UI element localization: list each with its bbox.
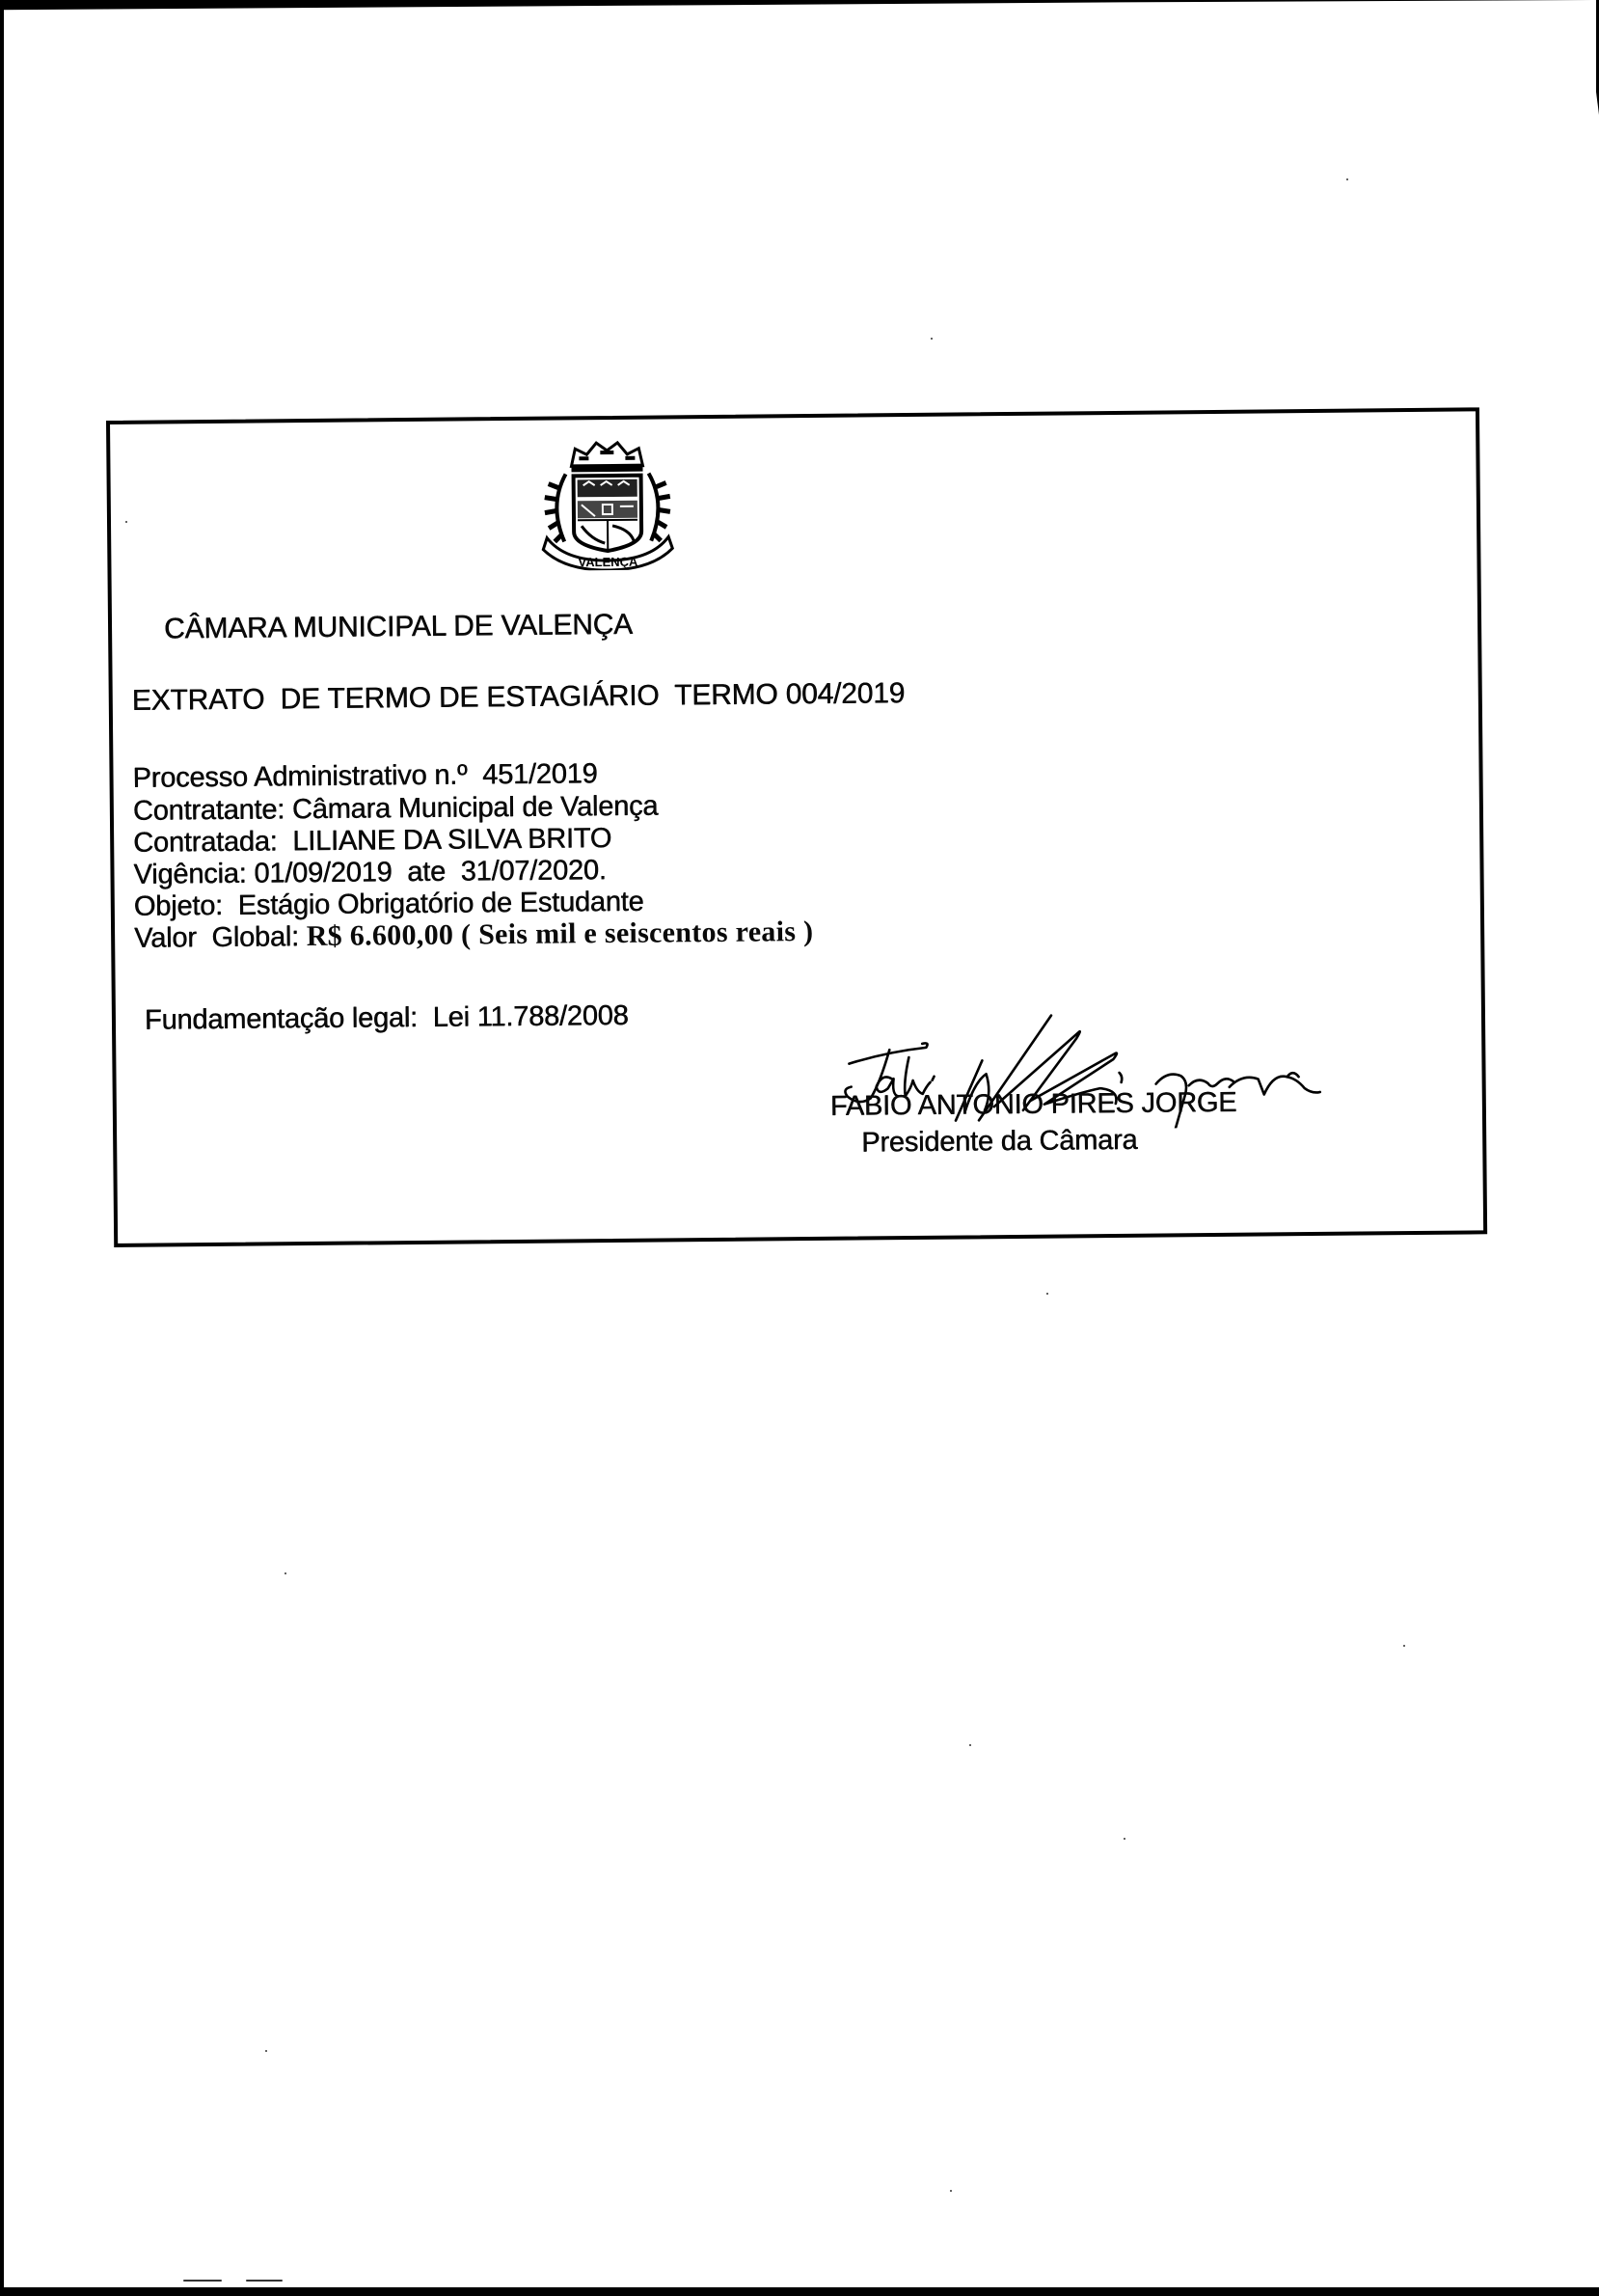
field-value: R$ 6.600,00 ( Seis mil e seiscentos reai… [307,916,814,952]
scan-speck [1124,1838,1125,1840]
field-value: LILIANE DA SILVA BRITO [292,823,611,857]
scan-speck [1403,1645,1405,1647]
field-value: 451/2019 [482,758,598,790]
extract-box: VALENÇA CÂMARA MUNICIPAL DE VALENÇA EXTR… [106,407,1487,1247]
field-contractor: Contratante: Câmara Municipal de Valença [133,793,659,826]
field-value: Estágio Obrigatório de Estudante [238,887,644,921]
scan-speck [969,1744,971,1746]
legal-basis-label: Fundamentação legal: [145,1002,418,1036]
scan-edge-top [0,0,1599,12]
scan-speck [285,1572,286,1574]
field-validity: Vigência: 01/09/2019 ate 31/07/2020. [133,857,606,889]
field-label: Valor Global: [134,921,299,954]
svg-text:VALENÇA: VALENÇA [578,555,638,570]
field-object: Objeto: Estágio Obrigatório de Estudante [134,888,644,921]
field-label: Processo Administrativo n.º [132,759,467,793]
institution-name: CÂMARA MUNICIPAL DE VALENÇA [164,611,633,644]
legal-basis: Fundamentação legal: Lei 11.788/2008 [145,1002,629,1035]
scan-speck [931,338,933,340]
scan-speck [950,2190,952,2192]
scan-speck [246,2280,283,2282]
scan-speck [1046,1293,1048,1295]
scan-edge-left [0,0,4,2296]
field-value: 01/09/2019 ate 31/07/2020. [254,855,607,889]
field-label: Objeto: [134,890,223,922]
scan-speck [1346,178,1348,180]
field-label: Contratante: [133,794,285,827]
field-value: Câmara Municipal de Valença [292,791,659,826]
signatory-role: Presidente da Câmara [861,1127,1137,1158]
valenca-coat-of-arms-icon: VALENÇA [525,436,690,571]
scan-edge-bottom [0,2287,1599,2296]
scan-speck [265,2050,267,2052]
field-label: Vigência: [133,859,246,890]
scan-speck [183,2280,222,2282]
legal-basis-value: Lei 11.788/2008 [433,1000,629,1033]
document-title: EXTRATO DE TERMO DE ESTAGIÁRIO TERMO 004… [132,679,906,716]
field-process: Processo Administrativo n.º 451/2019 [132,760,597,793]
field-contracted: Contratada: LILIANE DA SILVA BRITO [133,825,611,858]
signatory-name: FABIO ANTONIO PIRES JORGE [830,1089,1237,1121]
field-label: Contratada: [133,826,278,858]
field-global-value: Valor Global: R$ 6.600,00 ( Seis mil e s… [134,917,813,953]
